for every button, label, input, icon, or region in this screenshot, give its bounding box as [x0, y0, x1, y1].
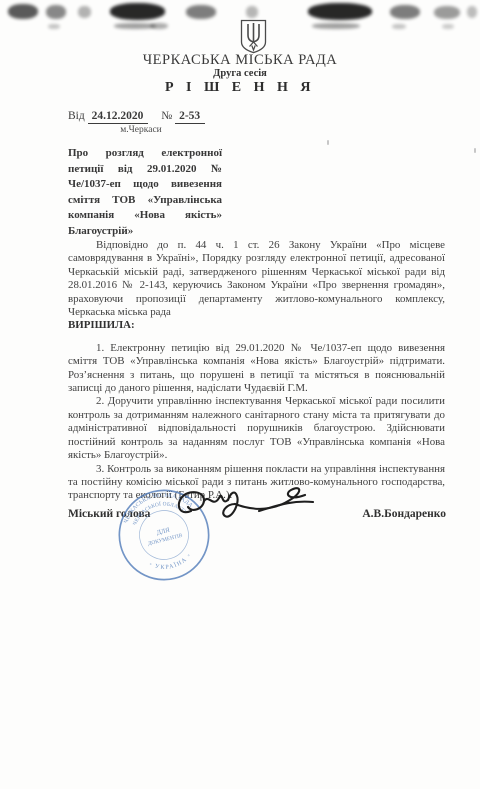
session-line: Друга сесія [0, 68, 480, 79]
document-body: Відповідно до п. 44 ч. 1 ст. 26 Закону У… [68, 239, 445, 503]
stamp-center-line2: ДОКУМЕНТІВ [147, 533, 183, 547]
signatory-name: А.В.Бондаренко [362, 508, 446, 520]
handwritten-signature [171, 485, 325, 529]
resolution-item-1: 1. Електронну петицію від 29.01.2020 № Ч… [68, 342, 445, 396]
decision-number: 2-53 [175, 110, 205, 124]
resolution-item-2: 2. Доручити управлінню інспектування Чер… [68, 395, 445, 462]
from-label: Від [68, 110, 85, 122]
document-type-title: Р І Ш Е Н Н Я [0, 80, 480, 96]
decision-date: 24.12.2020 [88, 110, 149, 124]
ukraine-trident-emblem [239, 19, 268, 54]
resolved-label: ВИРІШИЛА: [68, 319, 445, 332]
number-label: № [161, 110, 172, 122]
city-line: м.Черкаси [86, 125, 196, 135]
preamble-paragraph: Відповідно до п. 44 ч. 1 ст. 26 Закону У… [68, 239, 445, 319]
date-line: Від 24.12.2020 № 2-53 [68, 110, 205, 122]
document-page: ЧЕРКАСЬКА МІСЬКА РАДА Друга сесія Р І Ш … [0, 0, 480, 789]
subject-paragraph: Про розгляд електронної петиції від 29.0… [68, 146, 222, 240]
council-name: ЧЕРКАСЬКА МІСЬКА РАДА [0, 52, 480, 69]
